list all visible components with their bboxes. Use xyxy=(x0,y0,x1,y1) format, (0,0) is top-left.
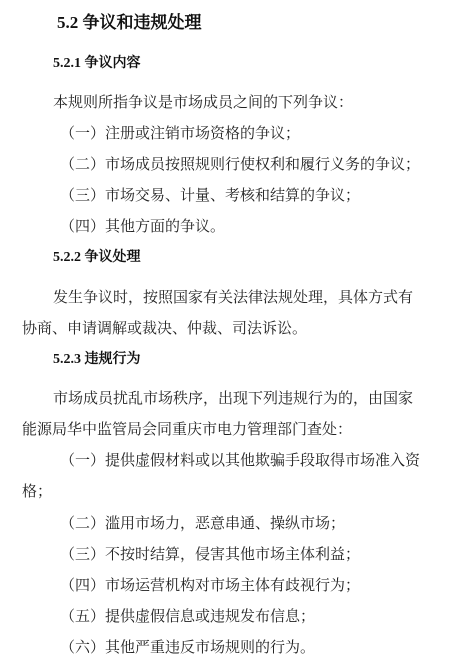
list-item: （三）不按时结算，侵害其他市场主体利益； xyxy=(60,544,360,564)
subsection-title-dispute-handling: 5.2.2 争议处理 xyxy=(53,248,141,268)
list-item: （五）提供虚假信息或违规发布信息； xyxy=(60,606,315,626)
list-item: （一）提供虚假材料或以其他欺骗手段取得市场准入资 xyxy=(60,450,420,470)
list-item: （二）滥用市场力，恶意串通、操纵市场； xyxy=(60,513,345,533)
subsection-title-violations: 5.2.3 违规行为 xyxy=(53,350,141,370)
section-title: 5.2 争议和违规处理 xyxy=(57,13,202,33)
paragraph-intro: 本规则所指争议是市场成员之间的下列争议： xyxy=(53,92,353,112)
list-item: （二）市场成员按照规则行使权利和履行义务的争议； xyxy=(60,154,420,174)
paragraph-line: 能源局华中监管局会同重庆市电力管理部门查处： xyxy=(22,419,352,439)
list-item-continuation: 格； xyxy=(22,481,52,501)
list-item: （一）注册或注销市场资格的争议； xyxy=(60,123,300,143)
list-item: （四）其他方面的争议。 xyxy=(60,216,225,236)
subsection-title-dispute-content: 5.2.1 争议内容 xyxy=(53,54,141,74)
list-item: （六）其他严重违反市场规则的行为。 xyxy=(60,637,315,657)
paragraph-line: 协商、申请调解或裁决、仲裁、司法诉讼。 xyxy=(22,318,307,338)
paragraph-line: 发生争议时，按照国家有关法律法规处理，具体方式有 xyxy=(53,287,413,307)
list-item: （四）市场运营机构对市场主体有歧视行为； xyxy=(60,575,360,595)
list-item: （三）市场交易、计量、考核和结算的争议； xyxy=(60,185,360,205)
paragraph-line: 市场成员扰乱市场秩序，出现下列违规行为的，由国家 xyxy=(53,388,413,408)
